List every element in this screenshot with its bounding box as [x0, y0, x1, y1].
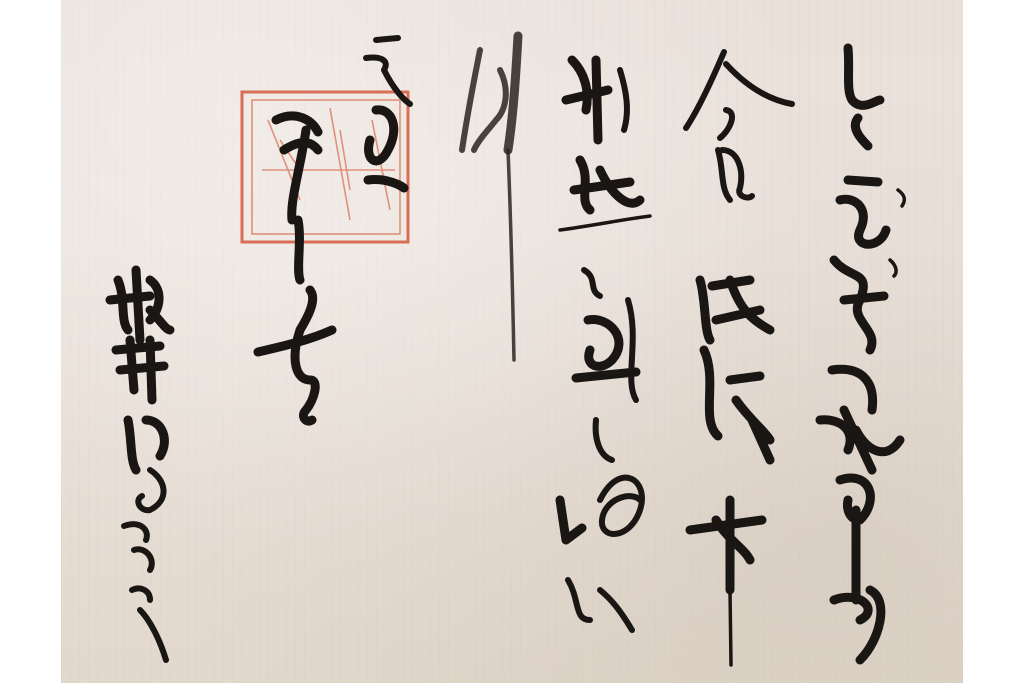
text-column-2 — [686, 52, 792, 665]
text-column-1 — [820, 48, 904, 660]
text-column-4 — [462, 36, 518, 360]
text-column-3 — [560, 60, 650, 630]
addressee-column — [110, 270, 170, 660]
calligraphy-layer — [0, 0, 1024, 683]
date-column — [258, 38, 410, 421]
